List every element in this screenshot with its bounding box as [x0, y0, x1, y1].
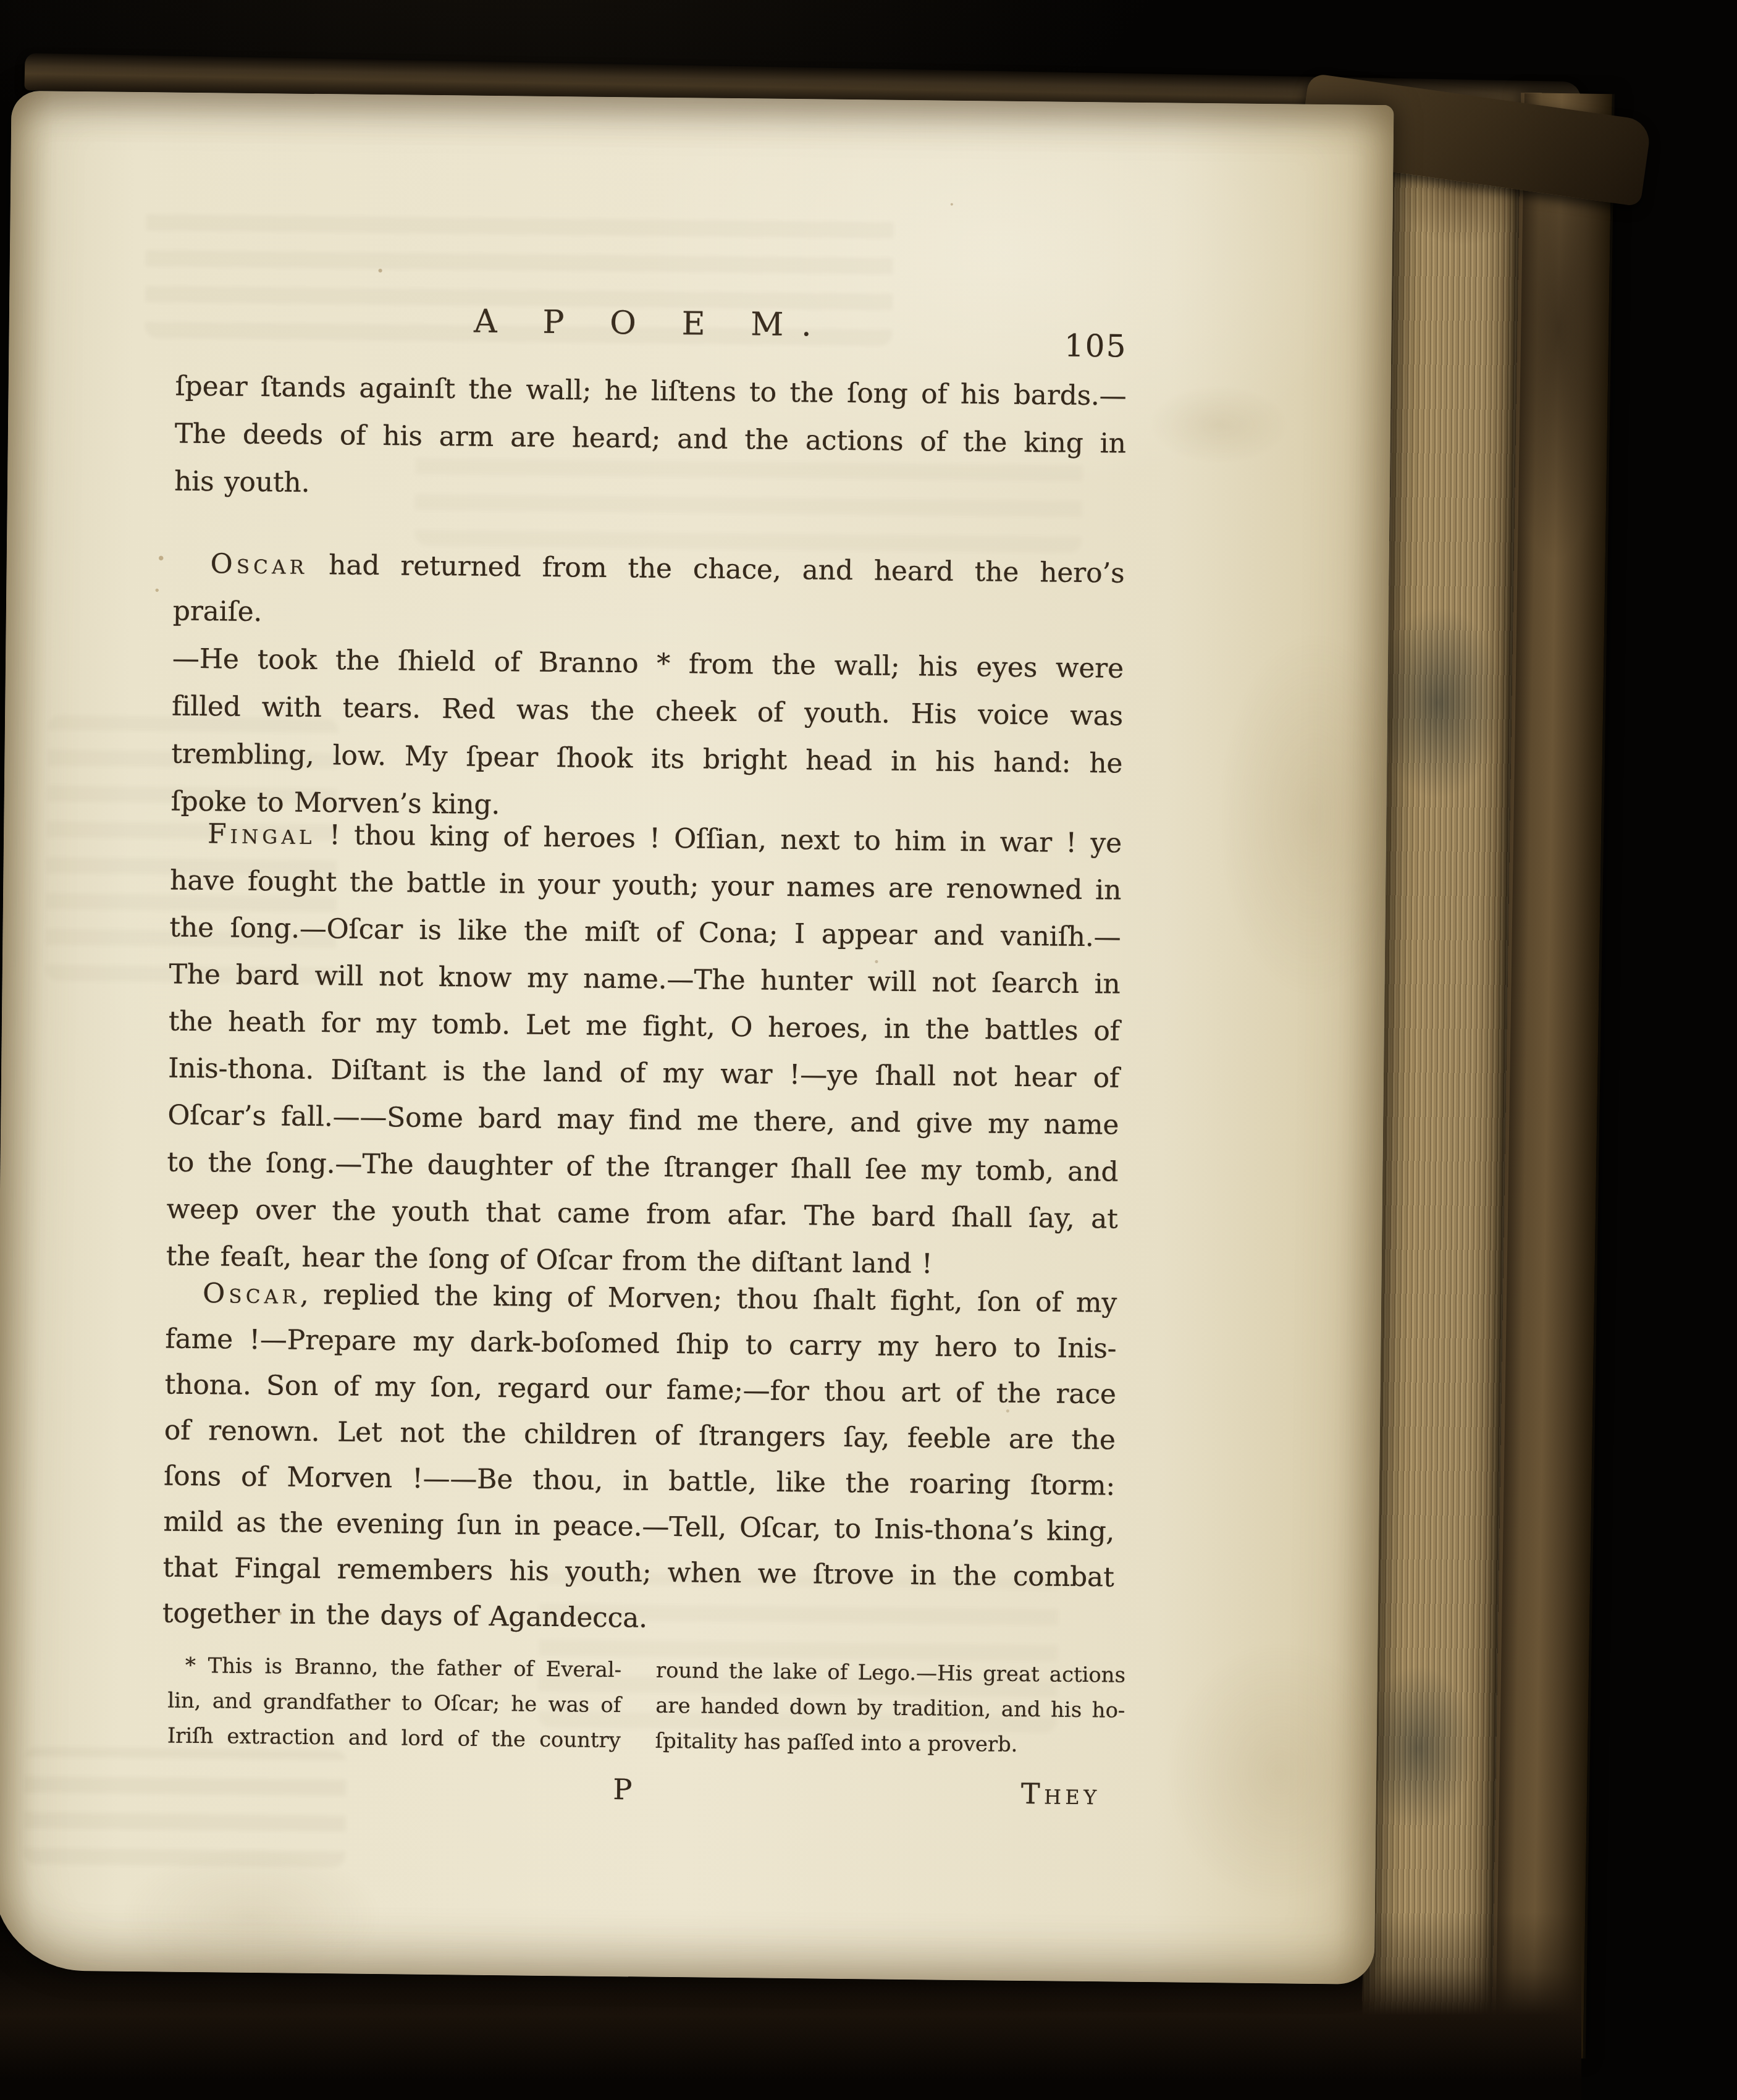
text-line: ſpitality has paſſed into a proverb. — [655, 1724, 1125, 1764]
photo-background: A P O E M. 105 ſpear ſtands againſt the … — [0, 0, 1737, 2100]
text-line: The deeds of his arm are heard; and the … — [174, 410, 1126, 468]
signature-mark: P — [147, 1768, 1098, 1811]
small-caps-word: Oscar — [210, 548, 308, 581]
paragraph: Oscar, replied the king of Morven; thou … — [162, 1270, 1117, 1646]
text-line: lin, and grandfather to Oſcar; he was of — [167, 1684, 621, 1724]
paragraph: Fingal ! thou king of heroes ! Oſſian, n… — [166, 811, 1122, 1290]
signature-line: P They — [160, 1768, 1112, 1821]
footnote-left-column: * This is Branno, the father of Everal-l… — [167, 1648, 621, 1759]
paragraph: Oscar had returned from the chace, and h… — [170, 540, 1125, 835]
text-line: * This is Branno, the father of Everal- — [168, 1648, 622, 1689]
text-line: are handed down by tradition, and his ho… — [655, 1689, 1125, 1729]
text-line: Oscar had returned from the chace, and h… — [172, 540, 1125, 645]
text-line: round the lake of Lego.—His great action… — [656, 1653, 1126, 1693]
small-caps-word: Fingal — [208, 818, 316, 851]
paragraph: ſpear ſtands againſt the wall; he liſten… — [174, 363, 1127, 515]
text-line: Iriſh extraction and lord of the country — [167, 1719, 621, 1759]
small-caps-word: Oscar — [203, 1278, 300, 1310]
footnote-right-column: round the lake of Lego.—His great action… — [655, 1653, 1125, 1764]
book-page: A P O E M. 105 ſpear ſtands againſt the … — [0, 91, 1394, 1984]
catchword: They — [1021, 1777, 1101, 1811]
text-line: his youth. — [174, 458, 1126, 515]
small-caps-word: They — [1021, 1777, 1101, 1811]
